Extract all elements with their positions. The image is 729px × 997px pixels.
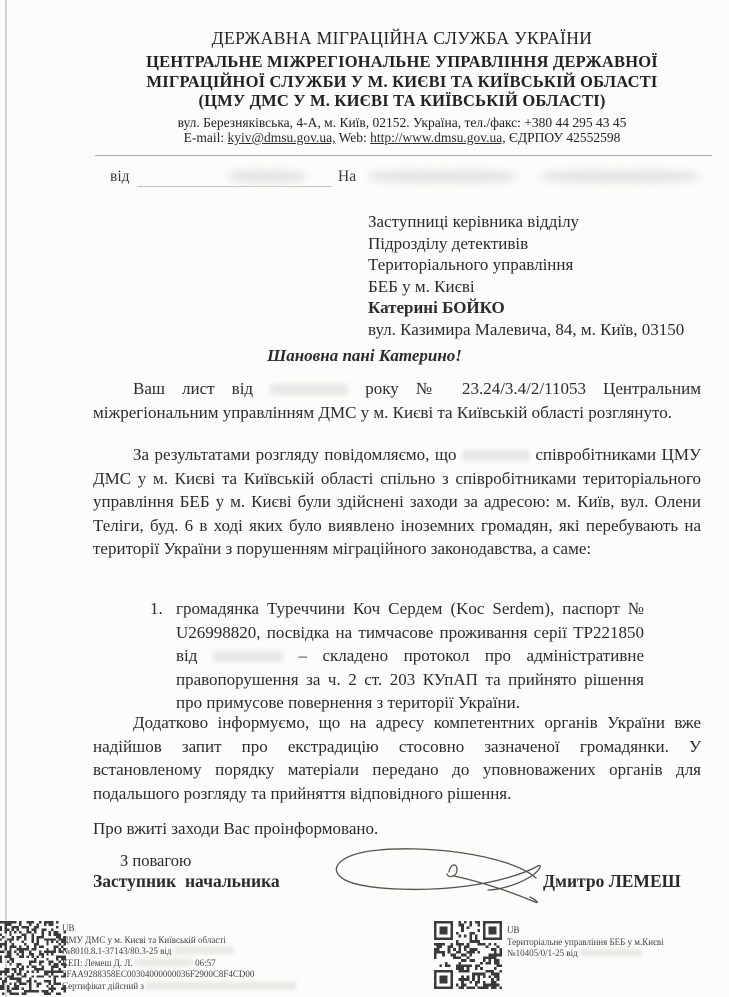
email-label: E-mail: <box>184 130 228 145</box>
stamp-left-hash: 3FAA9288358EC00304000000036F2900C8F4CD00 <box>62 969 296 981</box>
org-contacts: E-mail: kyiv@dmsu.gov.ua, Web: http://ww… <box>95 130 709 146</box>
email-link: kyiv@dmsu.gov.ua, <box>228 130 336 145</box>
stamp-left-org: ЦМУ ДМС у м. Києві та Київській області <box>62 935 296 947</box>
stamp-right-ub: UB <box>507 925 664 937</box>
signer-post-title: Заступник начальника <box>93 871 280 892</box>
numbered-list-item: 1. громадянка Туреччини Коч Сердем (Koc … <box>150 597 644 715</box>
paragraph-2-text: За результатами розгляду повідомляємо, щ… <box>133 445 456 464</box>
stamp-left-cert-text: Сертифікат дійсний з <box>62 981 144 991</box>
stamp-right-text: UB Територіальне управління БЕБ у м.Києв… <box>507 925 664 960</box>
web-label: Web: <box>335 130 370 145</box>
closing-line: Про вжиті заходи Вас проінформовано. <box>93 819 378 839</box>
org-name-line1: ДЕРЖАВНА МІГРАЦІЙНА СЛУЖБА УКРАЇНИ <box>95 28 709 49</box>
date-redaction <box>462 450 530 461</box>
ref-on-label: На <box>338 168 356 186</box>
paragraph-1: Ваш лист від року № 23.24/3.4/2/11053 Це… <box>93 377 701 424</box>
list-number: 1. <box>150 597 176 715</box>
scan-edge-line <box>5 0 7 997</box>
ref-from-label: від <box>110 168 130 186</box>
recipient-address: вул. Казимира Малевича, 84, м. Київ, 031… <box>368 319 713 341</box>
date-redaction <box>135 959 193 966</box>
recipient-line: Заступниці керівника відділу <box>368 211 713 233</box>
paragraph-2: За результатами розгляду повідомляємо, щ… <box>93 443 701 561</box>
qr-code-stamp-right <box>434 921 502 994</box>
list-item-text: громадянка Туреччини Коч Сердем (Koc Ser… <box>176 597 644 715</box>
ref-from-redaction <box>228 170 306 183</box>
stamp-right-docno: №10405/0/1-25 від <box>507 948 664 960</box>
salutation: Шановна пані Катерино! <box>0 346 729 366</box>
date-redaction <box>146 982 296 989</box>
recipient-line: Територіального управління <box>368 254 713 276</box>
handwritten-signature <box>330 842 548 912</box>
date-redaction <box>270 384 348 395</box>
letterhead: ДЕРЖАВНА МІГРАЦІЙНА СЛУЖБА УКРАЇНИ ЦЕНТР… <box>95 28 709 146</box>
stamp-left-docno-text: №8010.8.1-37143/80.3-25 від <box>62 946 171 956</box>
stamp-left-kep: КЕП: Лемеш Д. Л. 06:57 <box>62 958 296 970</box>
web-link: http://www.dmsu.gov.ua, <box>370 130 506 145</box>
stamp-left-cert: Сертифікат дійсний з <box>62 981 296 993</box>
recipient-name: Катерині БОЙКО <box>368 297 713 319</box>
stamp-left-ub: UB <box>62 923 296 935</box>
signer-name: Дмитро ЛЕМЕШ <box>543 871 681 892</box>
stamp-right-org: Територіальне управління БЕБ у м.Києві <box>507 937 664 949</box>
date-redaction <box>174 947 234 954</box>
stamp-left-time: 06:57 <box>195 958 216 968</box>
stamp-right-docno-text: №10405/0/1-25 від <box>507 948 578 958</box>
header-divider <box>95 155 712 156</box>
stamp-left-kep-text: КЕП: Лемеш Д. Л. <box>62 958 133 968</box>
regards-line: З повагою <box>120 851 191 871</box>
ref-from-field-line <box>137 186 332 187</box>
org-name-line3: МІГРАЦІЙНОЇ СЛУЖБИ У М. КИЄВІ ТА КИЇВСЬК… <box>95 72 709 92</box>
recipient-block: Заступниці керівника відділу Підрозділу … <box>368 211 713 340</box>
stamp-left-docno: №8010.8.1-37143/80.3-25 від <box>62 946 296 958</box>
org-name-line2: ЦЕНТРАЛЬНЕ МІЖРЕГІОНАЛЬНЕ УПРАВЛІННЯ ДЕР… <box>95 52 709 72</box>
ref-on-redaction-2 <box>540 170 700 183</box>
date-redaction <box>213 651 283 662</box>
stamp-left-text: UB ЦМУ ДМС у м. Києві та Київській облас… <box>62 923 296 993</box>
qr-code-stamp-left <box>0 921 66 997</box>
date-redaction <box>580 949 642 956</box>
org-address: вул. Березняківська, 4-А, м. Київ, 02152… <box>95 115 709 131</box>
paragraph-3: Додатково інформуємо, що на адресу компе… <box>93 711 701 805</box>
recipient-line: Підрозділу детективів <box>368 233 713 255</box>
paragraph-1-text: Ваш лист від <box>133 379 253 398</box>
edrpou-code: ЄДРПОУ 42552598 <box>506 130 621 145</box>
recipient-line: БЕБ у м. Києві <box>368 276 713 298</box>
scanned-letter-page: { "header": { "org_line1": "ДЕРЖАВНА МІГ… <box>0 0 729 997</box>
ref-on-redaction-1 <box>368 170 518 183</box>
org-name-line4: (ЦМУ ДМС У М. КИЄВІ ТА КИЇВСЬКІЙ ОБЛАСТІ… <box>95 91 709 111</box>
